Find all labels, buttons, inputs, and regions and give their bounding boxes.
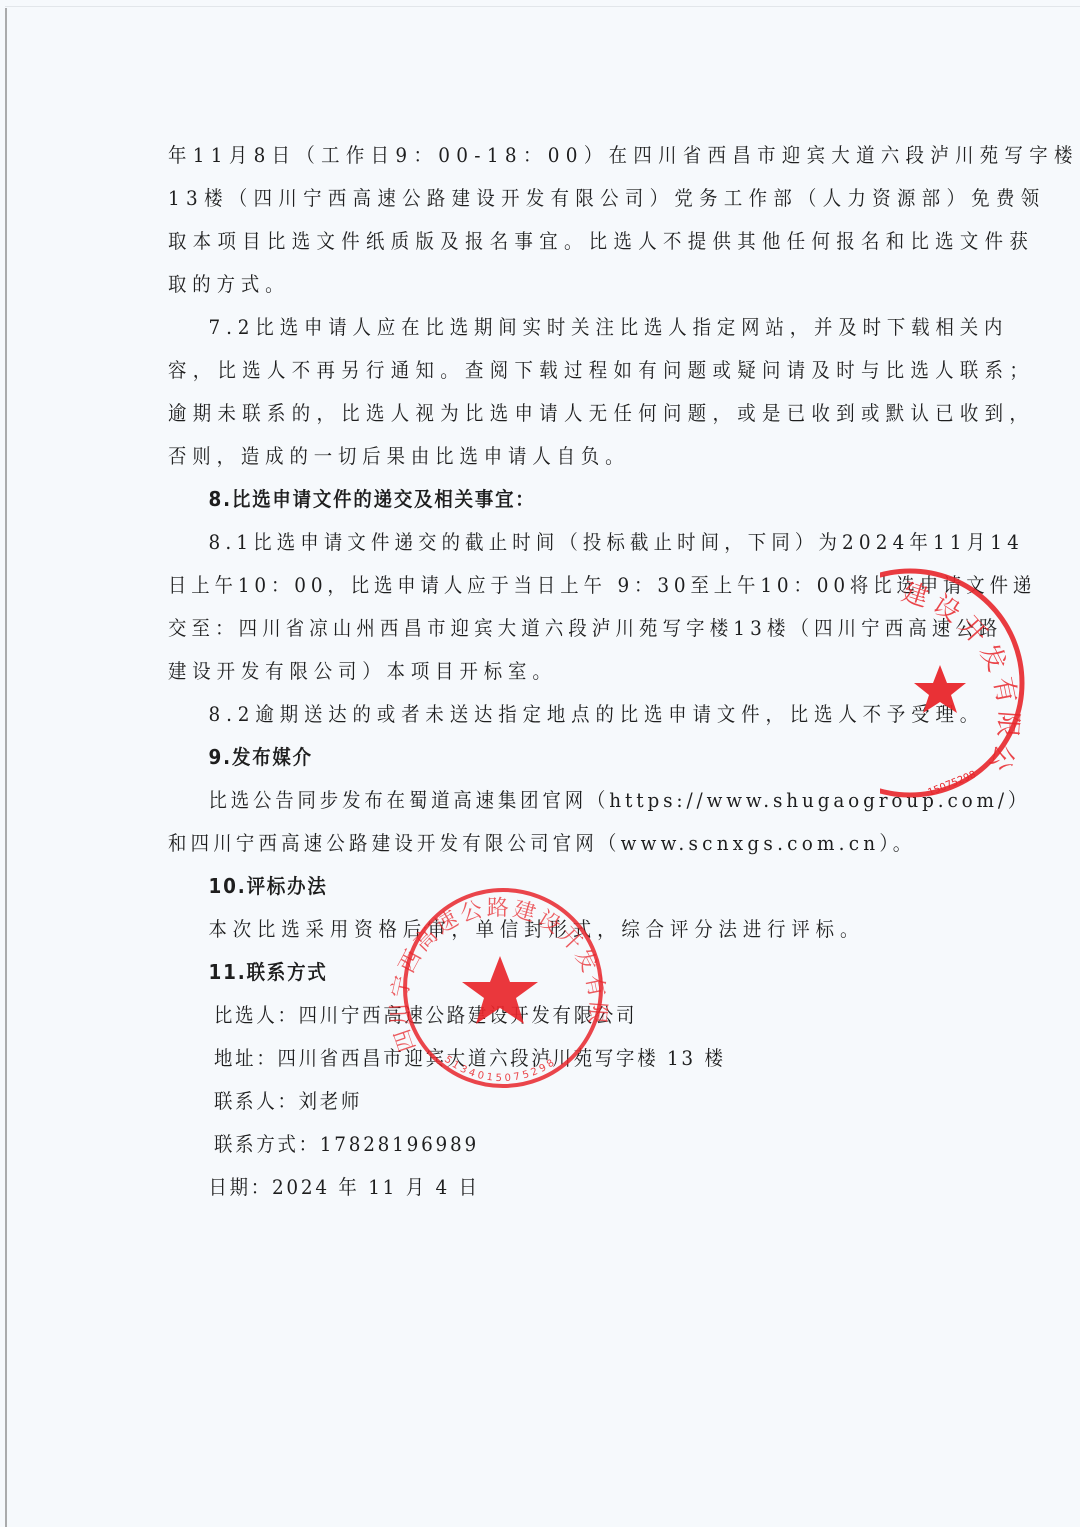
contact-person: 联系人：刘老师 <box>168 1080 860 1123</box>
evaluation-method-text: 本次比选采用资格后审，单信封形式，综合评分法进行评标。 <box>168 908 860 951</box>
text-line: 取本项目比选文件纸质版及报名事宜。比选人不提供其他任何报名和比选文件获 <box>168 220 860 263</box>
section-9-heading: 9.发布媒介 <box>168 736 860 779</box>
publication-media-line: 和四川宁西高速公路建设开发有限公司官网（www.scnxgs.com.cn）。 <box>168 822 860 865</box>
text-line: 年11月8日（工作日9：00-18：00）在四川省西昌市迎宾大道六段泸川苑写字楼 <box>168 134 860 177</box>
contact-address: 地址：四川省西昌市迎宾大道六段泸川苑写字楼 13 楼 <box>168 1037 860 1080</box>
paragraph-7-2-line: 容，比选人不再另行通知。查阅下载过程如有问题或疑问请及时与比选人联系； <box>168 349 860 392</box>
paragraph-8-1-line: 建设开发有限公司）本项目开标室。 <box>168 650 860 693</box>
document-page: 年11月8日（工作日9：00-18：00）在四川省西昌市迎宾大道六段泸川苑写字楼… <box>168 134 920 1209</box>
paragraph-8-1-line: 日上午10：00，比选申请人应于当日上午 9：30至上午10：00将比选申请文件… <box>168 564 860 607</box>
scan-edge-line <box>5 8 7 1527</box>
paragraph-8-2: 8.2逾期送达的或者未送达指定地点的比选申请文件，比选人不予受理。 <box>168 693 860 736</box>
section-11-heading: 11.联系方式 <box>168 951 860 994</box>
paragraph-7-2-line: 否则，造成的一切后果由比选申请人自负。 <box>168 435 860 478</box>
paragraph-7-2-line: 逾期未联系的，比选人视为比选申请人无任何问题，或是已收到或默认已收到， <box>168 392 860 435</box>
scan-top-edge <box>5 6 1080 7</box>
text-line: 取的方式。 <box>168 263 860 306</box>
section-8-heading: 8.比选申请文件的递交及相关事宜： <box>168 478 860 521</box>
paragraph-7-2-line: 7.2比选申请人应在比选期间实时关注比选人指定网站，并及时下载相关内 <box>168 306 860 349</box>
document-date: 日期：2024 年 11 月 4 日 <box>168 1166 860 1209</box>
paragraph-8-1-line: 交至：四川省凉山州西昌市迎宾大道六段泸川苑写字楼13楼（四川宁西高速公路 <box>168 607 860 650</box>
contact-phone: 联系方式：17828196989 <box>168 1123 860 1166</box>
text-line: 13楼（四川宁西高速公路建设开发有限公司）党务工作部（人力资源部）免费领 <box>168 177 860 220</box>
contact-selector: 比选人：四川宁西高速公路建设开发有限公司 <box>168 994 860 1037</box>
publication-media-line: 比选公告同步发布在蜀道高速集团官网（https://www.shugaogrou… <box>168 779 860 822</box>
section-10-heading: 10.评标办法 <box>168 865 860 908</box>
paragraph-8-1-line: 8.1比选申请文件递交的截止时间（投标截止时间，下同）为2024年11月14 <box>168 521 860 564</box>
